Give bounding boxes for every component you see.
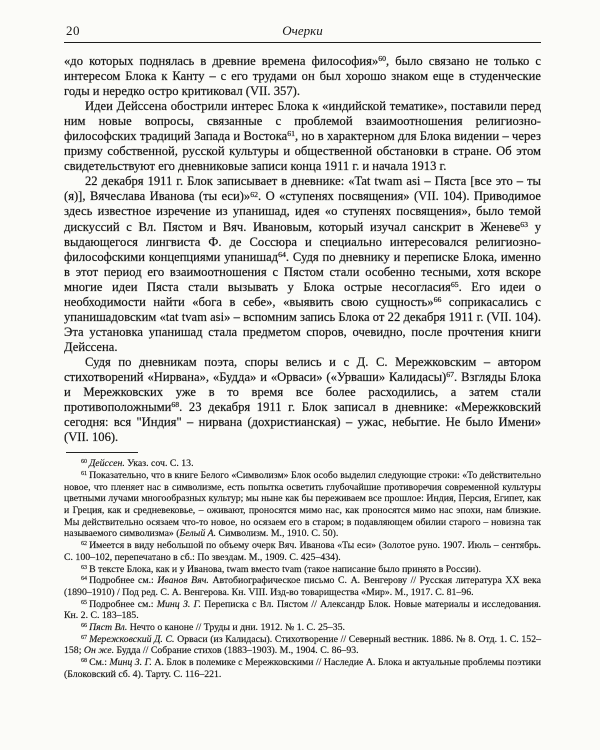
footnote-number: 61 — [81, 471, 87, 477]
page-header: 20 Очерки — [64, 20, 541, 43]
footnote-number: 65 — [81, 600, 87, 606]
footnote: 61Показательно, что в книге Белого «Симв… — [64, 470, 541, 540]
footnote-text: Подробнее см.: Иванов Вяч. Автобиографич… — [64, 575, 541, 598]
footnote-text: Показательно, что в книге Белого «Символ… — [64, 470, 541, 540]
footnote-text: Мережковский Д. С. Орваси (из Калидасы).… — [64, 634, 541, 657]
text-column: 20 Очерки «до которых поднялась в древни… — [64, 20, 541, 681]
paragraph: Идеи Дейссена обострили интерес Блока к … — [64, 99, 541, 174]
paragraph: «до которых поднялась в древние времена … — [64, 54, 541, 99]
footnote-separator — [66, 452, 138, 453]
footnote-number: 66 — [81, 623, 87, 629]
footnote-text: Подробнее см.: Минц З. Г. Переписка с Вл… — [64, 599, 541, 622]
footnote-number: 62 — [81, 541, 87, 547]
footnote: 62Имеется в виду небольшой по объему оче… — [64, 540, 541, 563]
footnote: 65Подробнее см.: Минц З. Г. Переписка с … — [64, 599, 541, 622]
footnote: 67Мережковский Д. С. Орваси (из Калидасы… — [64, 634, 541, 657]
paragraph: Судя по дневникам поэта, споры велись и … — [64, 355, 541, 445]
footnote-text: В тексте Блока, как и у Иванова, twam вм… — [89, 564, 481, 575]
footnote-number: 64 — [81, 576, 87, 582]
paragraph: 22 декабря 1911 г. Блок записывает в дне… — [64, 174, 541, 355]
footnote-number: 68 — [81, 658, 87, 664]
footnote: 68См.: Минц З. Г. А. Блок в полемике с М… — [64, 657, 541, 680]
footnote: 64Подробнее см.: Иванов Вяч. Автобиограф… — [64, 575, 541, 598]
footnote-text: См.: Минц З. Г. А. Блок в полемике с Мер… — [64, 657, 541, 680]
footnote-number: 67 — [81, 635, 87, 641]
main-text: «до которых поднялась в древние времена … — [64, 54, 541, 445]
book-page: 20 Очерки «до которых поднялась в древни… — [0, 0, 600, 750]
footnote-number: 63 — [81, 565, 87, 571]
footnote-number: 60 — [81, 459, 87, 465]
footnote-text: Дейссен. Указ. соч. С. 13. — [89, 458, 193, 469]
footnote-text: Имеется в виду небольшой по объему очерк… — [64, 540, 541, 563]
footnote: 60Дейссен. Указ. соч. С. 13. — [64, 458, 541, 470]
running-title: Очерки — [64, 23, 541, 39]
footnote: 63В тексте Блока, как и у Иванова, twam … — [64, 564, 541, 576]
footnote-text: Пяст Вл. Нечто о каноне // Труды и дни. … — [89, 622, 345, 633]
footnote: 66Пяст Вл. Нечто о каноне // Труды и дни… — [64, 622, 541, 634]
footnotes-section: 60Дейссен. Указ. соч. С. 13. 61Показател… — [64, 458, 541, 680]
